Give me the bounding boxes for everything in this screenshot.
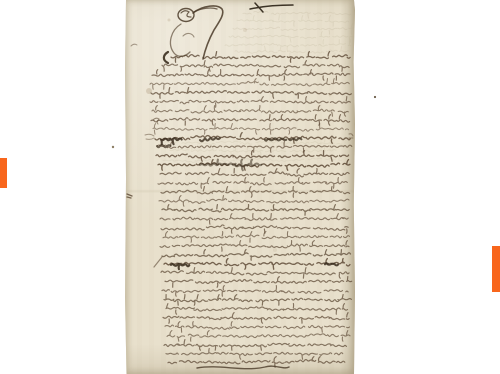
paraph-inner-scribble [181, 11, 191, 17]
paper-fiber-speck [112, 146, 114, 148]
handwriting-ink-layer [125, 0, 355, 374]
line-one-initial [164, 52, 168, 63]
opening-c-curve [170, 24, 190, 56]
foxing-spot [168, 19, 171, 22]
foxing-spot [146, 88, 152, 94]
margin-annotation [145, 134, 154, 139]
left-edge-orange-marker [0, 158, 7, 188]
manuscript-page [125, 0, 355, 374]
margin-curl [131, 44, 137, 46]
right-edge-orange-marker [492, 246, 500, 292]
foxing-spot [329, 94, 332, 97]
left-edge-mark [127, 194, 132, 198]
paper-fiber-speck [374, 96, 376, 98]
opening-inner-mark [183, 33, 194, 37]
right-margin-tick [349, 134, 353, 138]
photo-background [0, 0, 500, 374]
foxing-spot [273, 248, 277, 252]
margin-slash [154, 257, 162, 267]
foxing-spot [243, 28, 247, 32]
top-cross-mark [250, 3, 293, 12]
opening-flourish [193, 6, 223, 59]
